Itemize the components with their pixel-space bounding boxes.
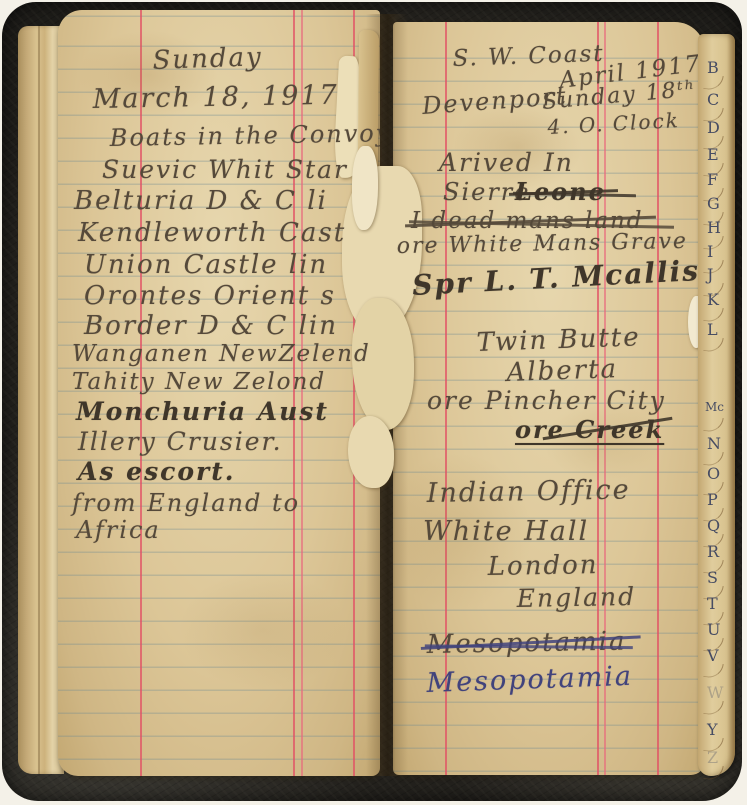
index-tab-letter: B xyxy=(707,58,719,77)
index-tab-letter: V xyxy=(707,646,719,665)
index-tab-letter: Z xyxy=(707,748,718,767)
index-tab: Mc xyxy=(698,400,735,426)
index-tab-letter: W xyxy=(707,683,723,702)
index-tab: C xyxy=(698,90,735,116)
index-tab-letter: C xyxy=(707,90,719,109)
handwriting-line: Mesopotamia xyxy=(426,663,633,697)
alpha-index-tabs: B C D E F G H I J K L Mc xyxy=(698,34,735,776)
index-tab: R xyxy=(698,542,735,568)
handwriting-line: March 18, 1917 xyxy=(93,82,339,113)
handwriting-line: ore White Mans Grave xyxy=(397,231,689,258)
handwriting-line: Leone xyxy=(515,180,606,204)
handwriting-line: White Hall xyxy=(423,518,589,545)
index-tab: N xyxy=(698,434,735,460)
left-page-handwriting: SundayMarch 18, 1917Boats in the ConvoyS… xyxy=(58,10,380,776)
index-tab: L xyxy=(698,320,735,346)
index-tab: O xyxy=(698,464,735,490)
handwriting-line: London xyxy=(488,552,599,580)
index-tab-letter: I xyxy=(707,242,713,261)
index-tab-letter: J xyxy=(707,265,713,284)
handwriting-line: from England to xyxy=(72,491,300,515)
handwriting-line: Twin Butte xyxy=(476,324,641,356)
index-tab-letter: K xyxy=(707,290,719,309)
index-tab: H xyxy=(698,218,735,244)
handwriting-line: Suevic Whit Star xyxy=(102,157,348,182)
index-tab: T xyxy=(698,594,735,620)
handwriting-line: Sunday xyxy=(152,44,263,74)
index-tab: J xyxy=(698,265,735,291)
index-tab: Y xyxy=(698,720,735,746)
handwriting-line: Union Castle lin xyxy=(84,252,328,278)
handwriting-line: Arived In xyxy=(439,150,574,175)
right-page-handwriting: S. W. CoastApril 1917DevenportSunday 18ᵗ… xyxy=(393,22,705,775)
index-tab: V xyxy=(698,646,735,672)
handwriting-line: Africa xyxy=(76,518,161,542)
index-tab-letter: F xyxy=(707,170,718,189)
index-tab-letter: O xyxy=(707,464,720,483)
index-tab: S xyxy=(698,568,735,594)
handwriting-line: Orontes Orient s xyxy=(84,283,336,309)
index-tab: P xyxy=(698,490,735,516)
index-tab: B xyxy=(698,58,735,84)
handwriting-line: Tahity New Zelond xyxy=(72,371,326,394)
index-tab-letter: H xyxy=(707,218,721,237)
index-tab-letter: R xyxy=(707,542,719,561)
handwriting-line: England xyxy=(517,584,637,611)
index-tab-letter: E xyxy=(707,145,719,164)
index-tab-letter: D xyxy=(707,118,720,137)
index-tab: K xyxy=(698,290,735,316)
handwriting-line: ore Creek xyxy=(515,418,664,442)
index-tab: G xyxy=(698,194,735,220)
handwriting-line: Monchuria Aust xyxy=(76,399,329,424)
notebook-scan: SundayMarch 18, 1917Boats in the ConvoyS… xyxy=(0,0,747,805)
index-tab: W xyxy=(698,683,735,709)
index-tab-letter: Y xyxy=(707,720,718,739)
index-tab-letter: Q xyxy=(707,516,720,535)
index-tab-letter: S xyxy=(707,568,718,587)
handwriting-line: Kendleworth Cast xyxy=(78,220,346,246)
index-tab: Q xyxy=(698,516,735,542)
index-tab: F xyxy=(698,170,735,196)
handwriting-line: Mesopotamia xyxy=(427,629,627,658)
handwriting-line: ore Pincher City xyxy=(427,388,666,413)
handwriting-line: As escort. xyxy=(78,459,235,484)
handwriting-line: 4. O. Clock xyxy=(547,110,680,137)
handwriting-line: Wanganen NewZelend xyxy=(72,343,371,366)
index-tab-letter: P xyxy=(707,490,718,509)
index-tab: D xyxy=(698,118,735,144)
handwriting-line: Indian Office xyxy=(427,476,631,507)
index-tab: E xyxy=(698,145,735,171)
index-tab-letter: U xyxy=(707,620,720,639)
handwriting-line: Spr L. T. Mcallister xyxy=(412,254,705,300)
handwriting-line: Boats in the Convoy xyxy=(110,121,380,150)
index-tab-letter: L xyxy=(707,320,718,339)
handwriting-line: Alberta xyxy=(506,356,618,386)
index-tab: Z xyxy=(698,748,735,774)
index-tab-letter: N xyxy=(707,434,721,453)
handwriting-line: Illery Crusier. xyxy=(78,429,283,454)
index-tab-letter: G xyxy=(707,194,720,213)
page-edge-crease xyxy=(38,26,40,774)
index-tab-letter: T xyxy=(707,594,718,613)
index-tab: U xyxy=(698,620,735,646)
index-tab-letter: Mc xyxy=(705,400,724,414)
handwriting-line: Belturia D & C li xyxy=(74,188,328,214)
handwriting-line: Border D & C lin xyxy=(84,313,338,339)
